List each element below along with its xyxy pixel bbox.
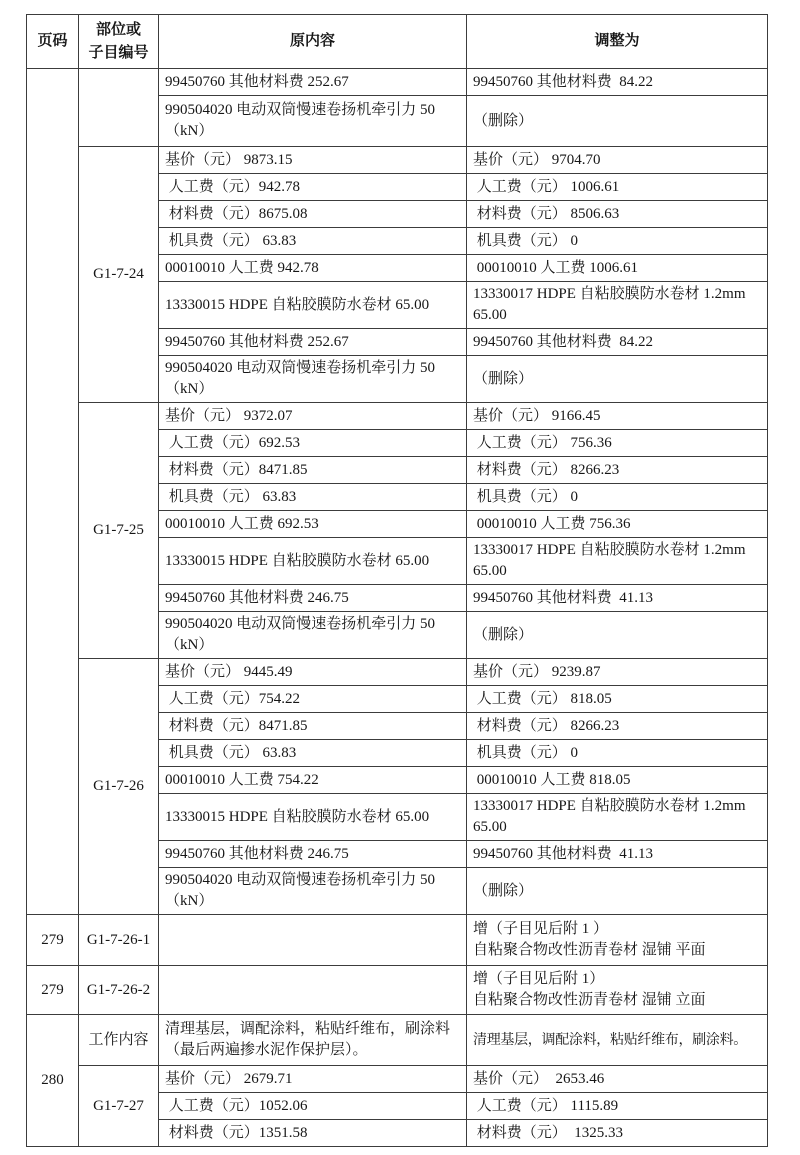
item-code-cell	[79, 69, 159, 147]
table-row: 279 G1-7-26-1 增（子目见后附 1 ） 自粘聚合物改性沥青卷材 湿铺…	[27, 915, 768, 966]
original-cell: 00010010 人工费 754.22	[159, 767, 467, 794]
original-cell: 材料费（元）8675.08	[159, 201, 467, 228]
header-adjusted: 调整为	[467, 15, 768, 69]
adjusted-cell: 材料费（元） 8506.63	[467, 201, 768, 228]
adjusted-cell: 机具费（元） 0	[467, 484, 768, 511]
table-row: G1-7-24 基价（元） 9873.15 基价（元） 9704.70	[27, 147, 768, 174]
original-cell: 机具费（元） 63.83	[159, 484, 467, 511]
adjusted-cell: 机具费（元） 0	[467, 228, 768, 255]
adjusted-cell: 13330017 HDPE 自粘胶膜防水卷材 1.2mm 65.00	[467, 794, 768, 841]
original-cell: 990504020 电动双筒慢速卷扬机牵引力 50 （kN）	[159, 612, 467, 659]
original-cell: 材料费（元）1351.58	[159, 1120, 467, 1147]
original-cell: 13330015 HDPE 自粘胶膜防水卷材 65.00	[159, 538, 467, 585]
original-cell: 99450760 其他材料费 246.75	[159, 585, 467, 612]
original-cell: 990504020 电动双筒慢速卷扬机牵引力 50 （kN）	[159, 96, 467, 147]
adjusted-cell: 13330017 HDPE 自粘胶膜防水卷材 1.2mm 65.00	[467, 282, 768, 329]
adjusted-cell: 增（子目见后附 1 ） 自粘聚合物改性沥青卷材 湿铺 平面	[467, 915, 768, 966]
original-cell: 基价（元） 9445.49	[159, 659, 467, 686]
header-item-code: 部位或 子目编号	[79, 15, 159, 69]
table-row: 280 工作内容 清理基层，调配涂料，粘贴纤维布，刷涂料 （最后两遍掺水泥作保护…	[27, 1015, 768, 1066]
adjusted-cell: 材料费（元） 1325.33	[467, 1120, 768, 1147]
original-cell: 99450760 其他材料费 252.67	[159, 329, 467, 356]
item-code-cell: G1-7-26	[79, 659, 159, 915]
adjusted-cell: 99450760 其他材料费 41.13	[467, 841, 768, 868]
header-page: 页码	[27, 15, 79, 69]
original-cell: 人工费（元）1052.06	[159, 1093, 467, 1120]
original-cell: 基价（元） 9873.15	[159, 147, 467, 174]
original-cell	[159, 966, 467, 1015]
original-cell: 990504020 电动双筒慢速卷扬机牵引力 50 （kN）	[159, 356, 467, 403]
item-code-cell: G1-7-25	[79, 403, 159, 659]
adjusted-cell: 基价（元） 9704.70	[467, 147, 768, 174]
original-cell: 材料费（元）8471.85	[159, 713, 467, 740]
original-cell: 99450760 其他材料费 252.67	[159, 69, 467, 96]
adjusted-cell: （删除）	[467, 356, 768, 403]
adjusted-cell: 人工费（元） 818.05	[467, 686, 768, 713]
original-cell: 人工费（元）942.78	[159, 174, 467, 201]
adjusted-cell: 00010010 人工费 756.36	[467, 511, 768, 538]
adjusted-cell: 机具费（元） 0	[467, 740, 768, 767]
adjusted-cell: 人工费（元） 1115.89	[467, 1093, 768, 1120]
header-original: 原内容	[159, 15, 467, 69]
original-cell: 清理基层，调配涂料，粘贴纤维布，刷涂料 （最后两遍掺水泥作保护层）。	[159, 1015, 467, 1066]
original-cell: 13330015 HDPE 自粘胶膜防水卷材 65.00	[159, 282, 467, 329]
original-cell: 00010010 人工费 942.78	[159, 255, 467, 282]
adjusted-cell: 基价（元） 9239.87	[467, 659, 768, 686]
adjustment-table: 页码 部位或 子目编号 原内容 调整为 99450760 其他材料费 252.6…	[26, 14, 768, 1147]
original-cell: 990504020 电动双筒慢速卷扬机牵引力 50 （kN）	[159, 868, 467, 915]
adjusted-cell: 人工费（元） 756.36	[467, 430, 768, 457]
table-row: 279 G1-7-26-2 增（子目见后附 1） 自粘聚合物改性沥青卷材 湿铺 …	[27, 966, 768, 1015]
original-cell: 00010010 人工费 692.53	[159, 511, 467, 538]
adjusted-cell: 清理基层，调配涂料，粘贴纤维布，刷涂料。	[467, 1015, 768, 1066]
original-cell	[159, 915, 467, 966]
original-cell: 基价（元） 2679.71	[159, 1066, 467, 1093]
adjusted-cell: 13330017 HDPE 自粘胶膜防水卷材 1.2mm 65.00	[467, 538, 768, 585]
table-row: G1-7-27 基价（元） 2679.71 基价（元） 2653.46	[27, 1066, 768, 1093]
adjusted-cell: 材料费（元） 8266.23	[467, 713, 768, 740]
original-cell: 13330015 HDPE 自粘胶膜防水卷材 65.00	[159, 794, 467, 841]
adjusted-cell: 基价（元） 2653.46	[467, 1066, 768, 1093]
adjusted-cell: （删除）	[467, 868, 768, 915]
original-cell: 人工费（元）692.53	[159, 430, 467, 457]
adjusted-cell: 基价（元） 9166.45	[467, 403, 768, 430]
page-number-cell	[27, 69, 79, 915]
adjusted-cell: 99450760 其他材料费 84.22	[467, 69, 768, 96]
original-cell: 人工费（元）754.22	[159, 686, 467, 713]
adjusted-cell: 99450760 其他材料费 84.22	[467, 329, 768, 356]
original-cell: 基价（元） 9372.07	[159, 403, 467, 430]
item-code-cell: G1-7-26-1	[79, 915, 159, 966]
original-cell: 材料费（元）8471.85	[159, 457, 467, 484]
work-content-label-cell: 工作内容	[79, 1015, 159, 1066]
adjusted-cell: （删除）	[467, 96, 768, 147]
table-row: 99450760 其他材料费 252.67 99450760 其他材料费 84.…	[27, 69, 768, 96]
original-cell: 机具费（元） 63.83	[159, 228, 467, 255]
page-number-cell: 280	[27, 1015, 79, 1147]
adjusted-cell: 99450760 其他材料费 41.13	[467, 585, 768, 612]
adjusted-cell: （删除）	[467, 612, 768, 659]
item-code-cell: G1-7-26-2	[79, 966, 159, 1015]
item-code-cell: G1-7-24	[79, 147, 159, 403]
adjusted-cell: 00010010 人工费 818.05	[467, 767, 768, 794]
original-cell: 机具费（元） 63.83	[159, 740, 467, 767]
adjusted-cell: 材料费（元） 8266.23	[467, 457, 768, 484]
item-code-cell: G1-7-27	[79, 1066, 159, 1147]
table-row: G1-7-25 基价（元） 9372.07 基价（元） 9166.45	[27, 403, 768, 430]
adjusted-cell: 人工费（元） 1006.61	[467, 174, 768, 201]
table-row: G1-7-26 基价（元） 9445.49 基价（元） 9239.87	[27, 659, 768, 686]
page-number-cell: 279	[27, 915, 79, 966]
table-header-row: 页码 部位或 子目编号 原内容 调整为	[27, 15, 768, 69]
original-cell: 99450760 其他材料费 246.75	[159, 841, 467, 868]
page-number-cell: 279	[27, 966, 79, 1015]
adjusted-cell: 00010010 人工费 1006.61	[467, 255, 768, 282]
document-page: 页码 部位或 子目编号 原内容 调整为 99450760 其他材料费 252.6…	[0, 0, 800, 1155]
adjusted-cell: 增（子目见后附 1） 自粘聚合物改性沥青卷材 湿铺 立面	[467, 966, 768, 1015]
